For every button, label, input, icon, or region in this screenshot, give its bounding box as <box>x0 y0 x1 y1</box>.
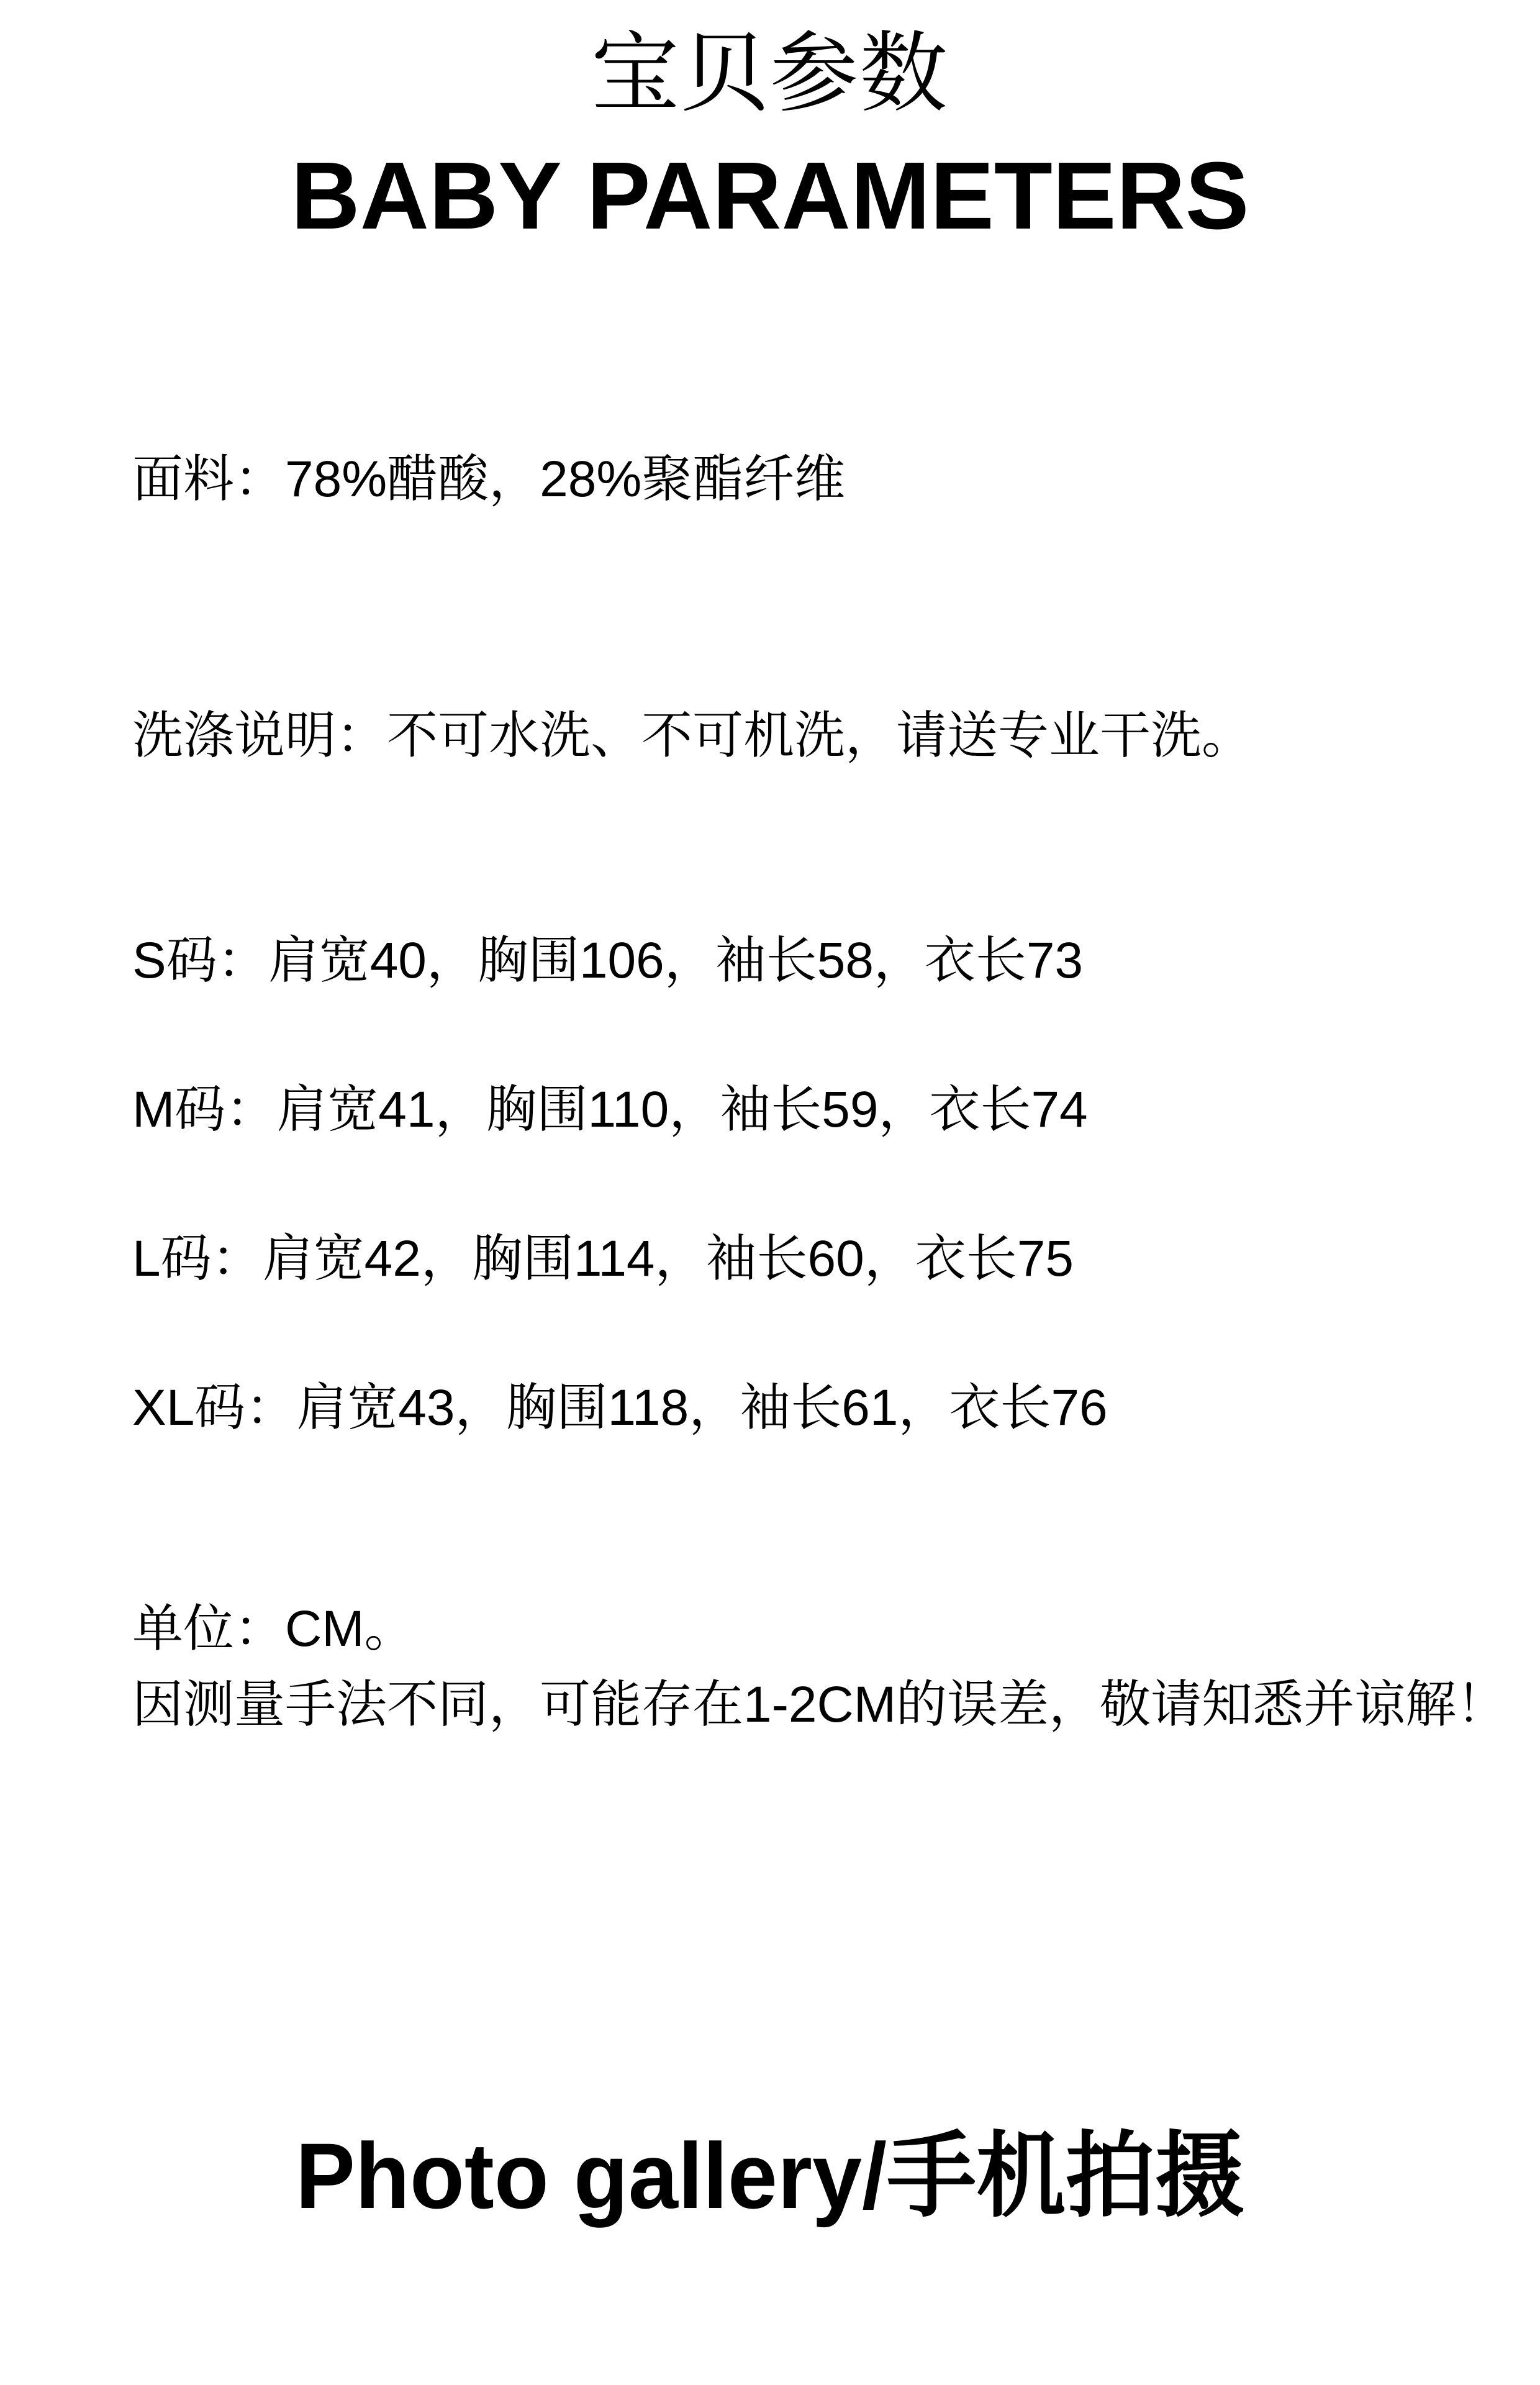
size-line-xl: XL码：肩宽43，胸围118，袖长61，衣长76 <box>132 1383 1108 1433</box>
washing-instructions-line: 洗涤说明：不可水洗、不可机洗，请送专业干洗。 <box>132 711 1252 761</box>
unit-note-line: 单位：CM。 <box>132 1604 415 1655</box>
size-line-m: M码：肩宽41，胸围110，袖长59，衣长74 <box>132 1084 1088 1135</box>
page-title-en: BABY PARAMETERS <box>0 148 1540 243</box>
page-title-cn: 宝贝参数 <box>0 30 1540 118</box>
tolerance-note-line: 因测量手法不同，可能存在1-2CM的误差，敬请知悉并谅解！ <box>132 1679 1507 1730</box>
photo-gallery-heading: Photo gallery/手机拍摄 <box>31 2129 1510 2222</box>
fabric-info-line: 面料：78%醋酸，28%聚酯纤维 <box>132 454 845 505</box>
size-line-s: S码：肩宽40，胸围106，袖长58，衣长73 <box>132 935 1083 986</box>
product-parameters-page: 宝贝参数 BABY PARAMETERS 面料：78%醋酸，28%聚酯纤维 洗涤… <box>0 0 1540 2385</box>
size-line-l: L码：肩宽42，胸围114，袖长60，衣长75 <box>132 1233 1074 1284</box>
